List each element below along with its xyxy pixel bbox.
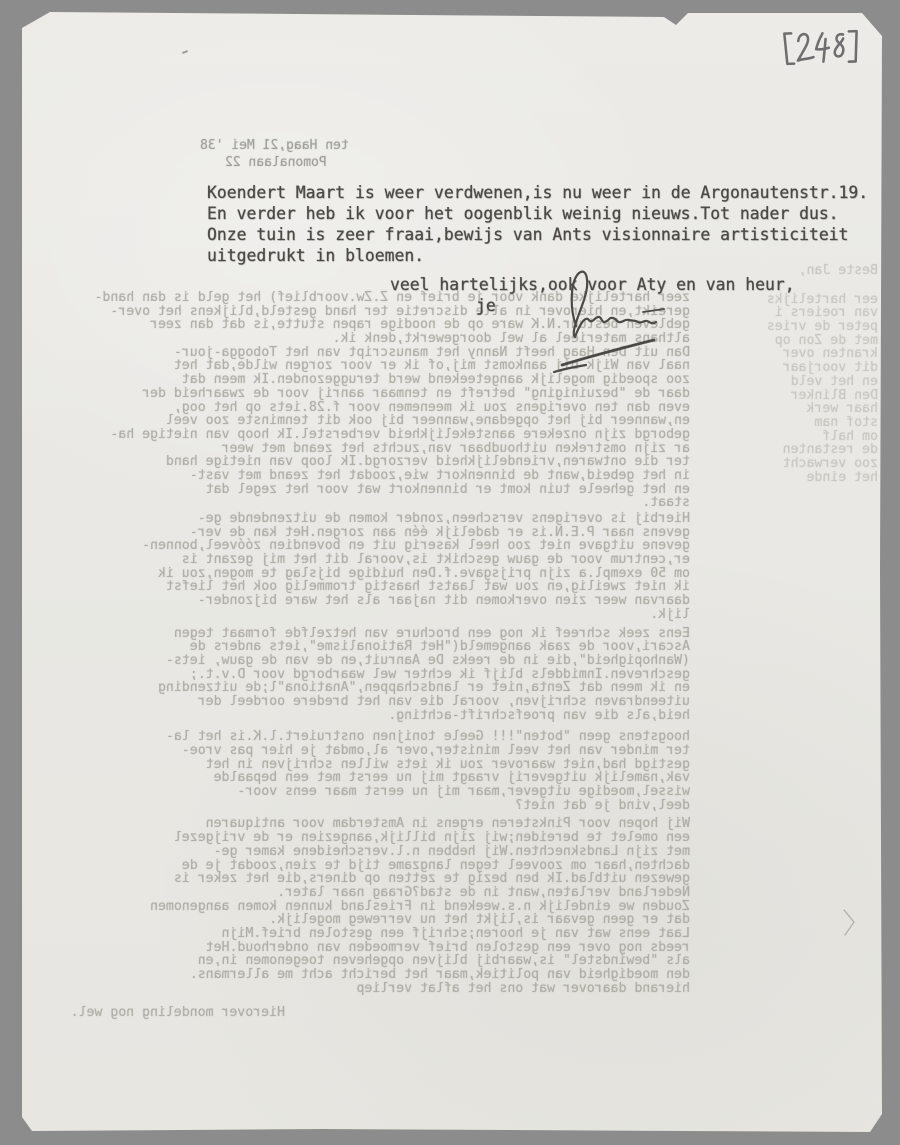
bleedthrough-header-line: Pomonalaan 22 [225,155,327,170]
letter-body-line: En verder heb ik voor het oogenblik wein… [207,203,868,224]
bleedthrough-ghost-column: Beste Jan,eer hartelijksvan roeiers ipet… [694,264,878,484]
letter-body-line: Onze tuin is zeer fraai,bewijs van Ants … [207,224,868,245]
bleedthrough-line: met zijn Landsknechten.Wij hebben n.l.ve… [62,845,690,859]
bleedthrough-line: (Wanhopigheid",die in de reeks De Aanrui… [62,654,690,668]
bleedthrough-line: Hierbij is overigens verscheen,zonder ko… [62,512,690,526]
bleedthrough-line: dat er geen gevaar is,lijkt het nu verre… [62,913,690,927]
letter-body: Koendert Maart is weer verdwenen,is nu w… [207,182,868,266]
bleedthrough-line: daarvan weer zien overkomen dit najaar a… [62,594,690,608]
bleedthrough-text-column: zeer hartelijke dank voor je brief en Z.… [62,291,690,1020]
bleedthrough-fragment: zoo verwacht [694,457,878,471]
bleedthrough-line: Laat eens wat van je hooren;schrijf een … [62,927,690,941]
bleedthrough-line: geborgd zijn onzekere aanstekelijkheid v… [62,428,690,442]
bleedthrough-line: wissel,moedige uitgever,maar mij nu eers… [62,785,690,799]
bleedthrough-line: een omelet te bereiden;wij zijn billijk,… [62,831,690,845]
bleedthrough-line: ter minder van het veel minister,over al… [62,744,690,758]
bleedthrough-fragment: peter de vries [694,320,878,334]
bleedthrough-line: hierand daarover wat ons het aflat verli… [62,982,690,996]
bleedthrough-header-line: ten Haag,21 Mei '38 [200,138,349,153]
paper-crease-mark [842,908,858,938]
handwritten-signature [540,262,720,382]
bleedthrough-line: staat. [62,496,690,510]
bleedthrough-line: Ascari,voor de zaak aangemeld("Het Ratio… [62,640,690,654]
bleedthrough-line: Hierover mondeling nog wel. [62,1006,285,1020]
bleedthrough-line: vak,namelijk uitgeverij vraagt mij nu ee… [62,771,690,785]
bleedthrough-line: als "bewindstel" is,waarbij blijven opge… [62,954,690,968]
bleedthrough-line: en ik meen dat Zenta,niet er landschappe… [62,681,690,695]
bleedthrough-line: Nederland verlaten,want in de stad?Graag… [62,886,690,900]
bleedthrough-fragment: stof nam [694,416,878,430]
bleedthrough-line: in het gebeid,want de binnenkort wie,zoo… [62,469,690,483]
scanned-letter-page: ten Haag,21 Mei '38 Pomonalaan 22 Beste … [0,0,900,1145]
paper-speck [182,50,188,54]
bleedthrough-fragment: het einde [694,471,878,485]
bleedthrough-line: den moedigheid van politiek,maar het ber… [62,968,690,982]
bleedthrough-line: heid,als die van proefschrift-achting. [62,709,690,723]
letter-body-line: uitgedrukt in bloemen. [207,245,868,266]
letter-paper: ten Haag,21 Mei '38 Pomonalaan 22 Beste … [22,10,882,1132]
bleedthrough-fragment: van roeiers i [694,306,878,320]
handwritten-page-number [777,26,864,71]
bleedthrough-line: en het geheele tuin komt er binnenkort w… [62,483,690,497]
bleedthrough-line: gevene uitgave niet zoo heel kaserig uit… [62,539,690,553]
bleedthrough-line: daar de "bezuiniging" betreft en tenmaar… [62,387,690,401]
bleedthrough-line: deel,vind je dat niet? [62,799,690,813]
bleedthrough-fragment: en het veld [694,375,878,389]
bleedthrough-fragment: haar werk [694,402,878,416]
bleedthrough-line: en,wanneer bij het opgedane,wanneer bij … [62,414,690,428]
bleedthrough-fragment: de restanten [694,443,878,457]
bleedthrough-line: uiteendraven schrijven, vooral die van h… [62,695,690,709]
letter-body-line: Koendert Maart is weer verdwenen,is nu w… [207,182,868,203]
bleedthrough-fragment: dit voorjaar [694,361,878,375]
bleedthrough-line: gewezen uitblad.Ik ben bezig te zetten o… [62,872,690,886]
letter-closing-pronoun: je [476,295,496,316]
bleedthrough-line: hoogstens geen "boten"!!! Geele tonijnen… [62,730,690,744]
bleedthrough-line: er,centrum voor de gauw geschikt is,voor… [62,553,690,567]
bleedthrough-line: lijk. [62,608,690,622]
bleedthrough-line: ter die ontwaren,vriendelijkheid verzorg… [62,455,690,469]
